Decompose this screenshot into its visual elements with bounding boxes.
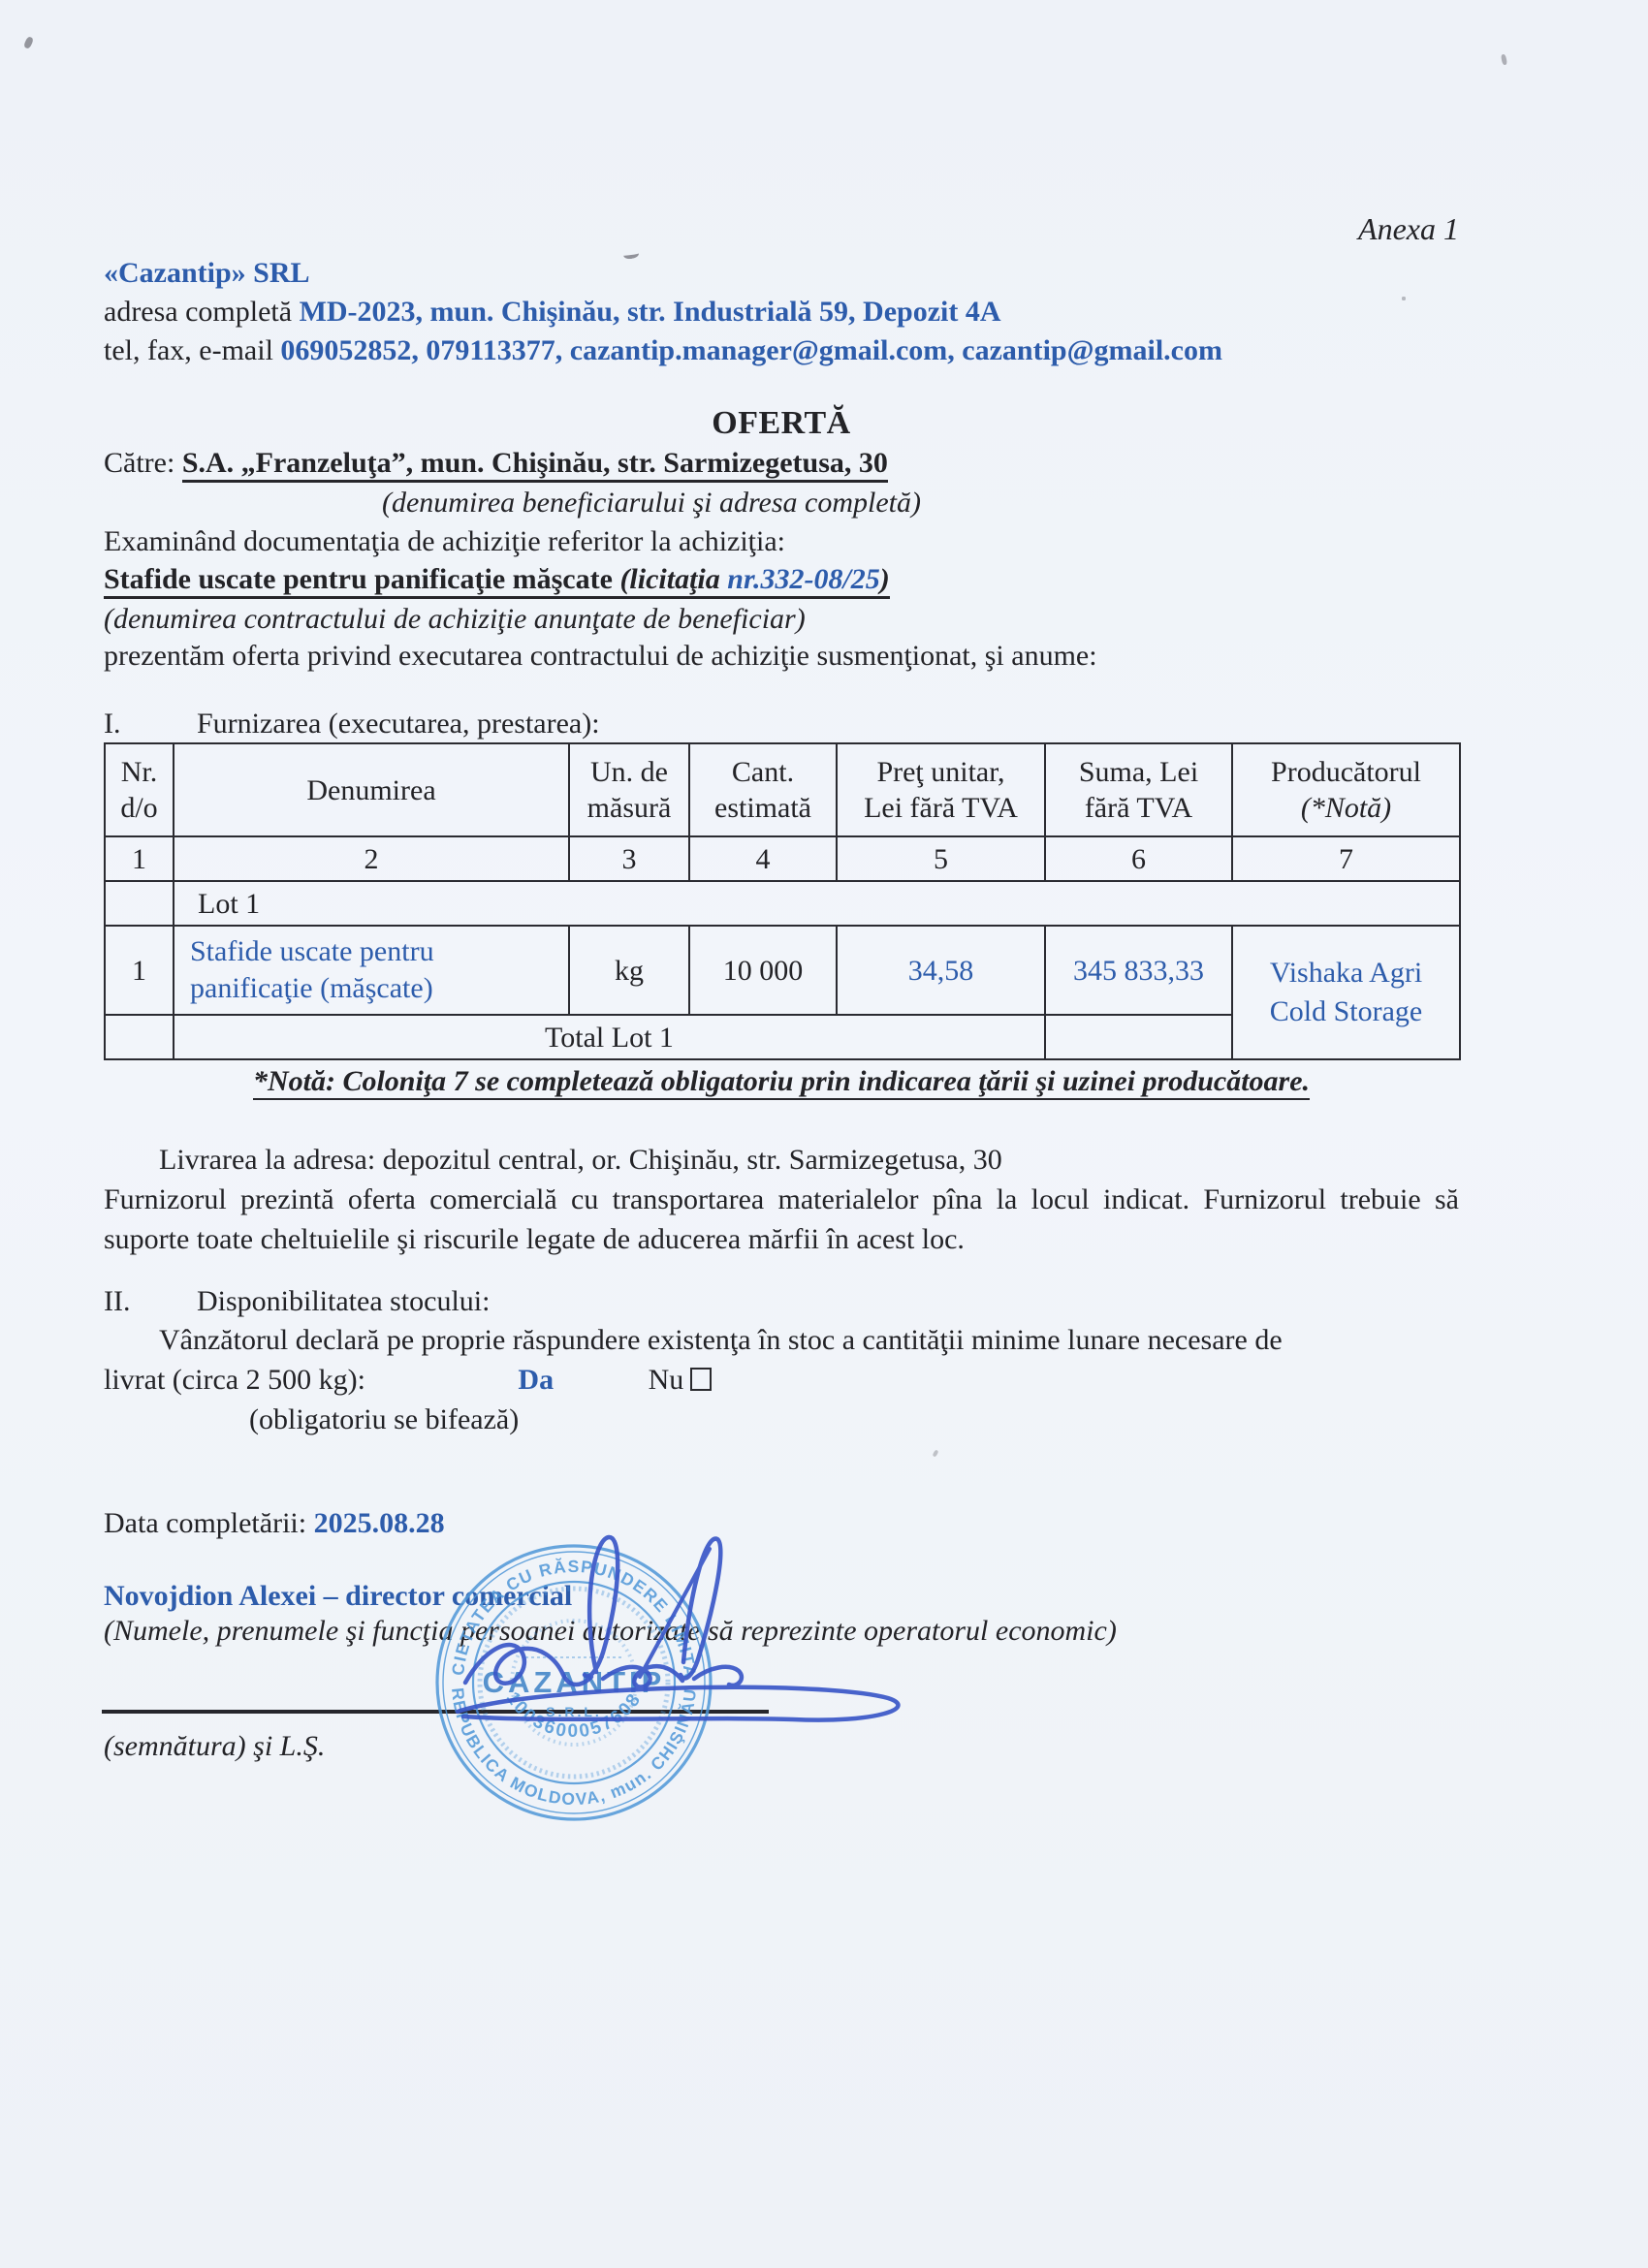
col-header-nr: Nr.d/o [105, 743, 174, 836]
beneficiary-note: (denumirea beneficiarului şi adresa comp… [104, 484, 1459, 522]
supplier-address-line: adresa completă MD-2023, mun. Chişinău, … [104, 293, 1459, 331]
col-number: 2 [174, 836, 569, 881]
addressee-line: Către: S.A. „Franzeluţa”, mun. Chişinău,… [104, 444, 1459, 483]
col-header-sum: Suma, Leifără TVA [1045, 743, 1232, 836]
section1-title: Furnizarea (executarea, prestarea): [197, 708, 600, 740]
col-number: 4 [689, 836, 837, 881]
supplier-block: «Cazantip» SRL adresa completă MD-2023, … [104, 254, 1459, 370]
scanned-offer-document: Anexa 1 «Cazantip» SRL adresa completă M… [0, 0, 1648, 2268]
answer-no: Nu [649, 1364, 684, 1396]
delivery-address-line: Livrarea la adresa: depozitul central, o… [104, 1140, 1459, 1180]
contract-note: (denumirea contractului de achiziţie anu… [104, 600, 1459, 639]
column-number-row: 1 2 3 4 5 6 7 [105, 836, 1460, 881]
tender-close: ) [880, 563, 890, 595]
col-header-producer: Producătorul(*Notă) [1232, 743, 1460, 836]
subject-name: Stafide uscate pentru panificaţie măşcat… [104, 563, 619, 595]
section1-heading: I.Furnizarea (executarea, prestarea): [104, 705, 1459, 743]
scan-artifact [23, 36, 34, 49]
delivery-block: Livrarea la adresa: depozitul central, o… [104, 1140, 1459, 1259]
item-price: 34,58 [837, 926, 1045, 1015]
col-number: 3 [569, 836, 689, 881]
tender-label: (licitaţia [619, 563, 727, 595]
lot-row-empty-cell [105, 881, 174, 926]
delivery-terms: Furnizorul prezintă oferta comercială cu… [104, 1180, 1459, 1259]
no-checkbox [690, 1368, 712, 1391]
col-number: 1 [105, 836, 174, 881]
col-number: 6 [1045, 836, 1232, 881]
tender-number: nr.332-08/25 [727, 563, 880, 595]
stock-answer-line: livrat (circa 2 500 kg): Da Nu [104, 1361, 1459, 1400]
item-qty: 10 000 [689, 926, 837, 1015]
lot-row: Lot 1 [105, 881, 1460, 926]
section1-number: I. [104, 705, 197, 743]
section2-heading: II.Disponibilitatea stocului: [104, 1282, 1459, 1321]
table-header-row: Nr.d/o Denumirea Un. demăsură Cant.estim… [105, 743, 1460, 836]
intro-line: Examinând documentaţia de achiziţie refe… [104, 522, 1459, 561]
col-number: 7 [1232, 836, 1460, 881]
col-header-denumirea: Denumirea [174, 743, 569, 836]
col-header-qty: Cant.estimată [689, 743, 837, 836]
statement-line: prezentăm oferta privind executarea cont… [104, 637, 1459, 676]
col-number: 5 [837, 836, 1045, 881]
address-value: MD-2023, mun. Chişinău, str. Industrială… [300, 296, 1001, 328]
supplier-name: «Cazantip» SRL [104, 254, 1459, 293]
mandatory-note: (obligatoriu se bifează) [104, 1401, 1459, 1439]
item-sum: 345 833,33 [1045, 926, 1232, 1015]
section2-title: Disponibilitatea stocului: [197, 1285, 490, 1317]
offer-table-wrap: Nr.d/o Denumirea Un. demăsură Cant.estim… [104, 742, 1459, 1060]
offer-table: Nr.d/o Denumirea Un. demăsură Cant.estim… [104, 742, 1461, 1060]
total-row-empty-cell [105, 1015, 174, 1059]
supplier-contact-line: tel, fax, e-mail 069052852, 079113377, c… [104, 331, 1459, 370]
document-title: OFERTĂ [104, 404, 1459, 443]
subject-line: Stafide uscate pentru panificaţie măşcat… [104, 560, 1459, 599]
scan-artifact [933, 1449, 939, 1457]
item-name: Stafide uscate pentru panificaţie (măşca… [174, 926, 569, 1015]
handwritten-signature [349, 1493, 969, 1745]
stock-qty-label: livrat (circa 2 500 kg): [104, 1364, 365, 1396]
item-row: 1 Stafide uscate pentru panificaţie (măş… [105, 926, 1460, 1015]
beneficiary-name: S.A. „Franzeluţa”, mun. Chişinău, str. S… [182, 447, 888, 483]
nota-line: *Notă: Coloniţa 7 se completează obligat… [104, 1062, 1459, 1101]
item-nr: 1 [105, 926, 174, 1015]
stock-declaration: Vânzătorul declară pe proprie răspundere… [104, 1321, 1459, 1360]
section2-number: II. [104, 1282, 197, 1321]
supplier-name-text: «Cazantip» SRL [104, 257, 310, 289]
contact-value: 069052852, 079113377, cazantip.manager@g… [280, 334, 1222, 366]
to-label: Către: [104, 447, 182, 479]
nota-text: *Notă: Coloniţa 7 se completează obligat… [253, 1065, 1310, 1100]
lot-label: Lot 1 [174, 881, 1460, 926]
contact-label: tel, fax, e-mail [104, 334, 280, 366]
item-unit: kg [569, 926, 689, 1015]
item-producer: Vishaka Agri Cold Storage [1232, 926, 1460, 1059]
answer-yes: Da [518, 1364, 554, 1396]
address-label: adresa completă [104, 296, 300, 328]
total-label: Total Lot 1 [174, 1015, 1045, 1059]
col-header-unit: Un. demăsură [569, 743, 689, 836]
total-sum-empty-cell [1045, 1015, 1232, 1059]
date-label: Data completării: [104, 1507, 314, 1539]
annex-label: Anexa 1 [104, 209, 1459, 248]
scan-artifact [1501, 54, 1507, 66]
col-header-price: Preţ unitar,Lei fără TVA [837, 743, 1045, 836]
